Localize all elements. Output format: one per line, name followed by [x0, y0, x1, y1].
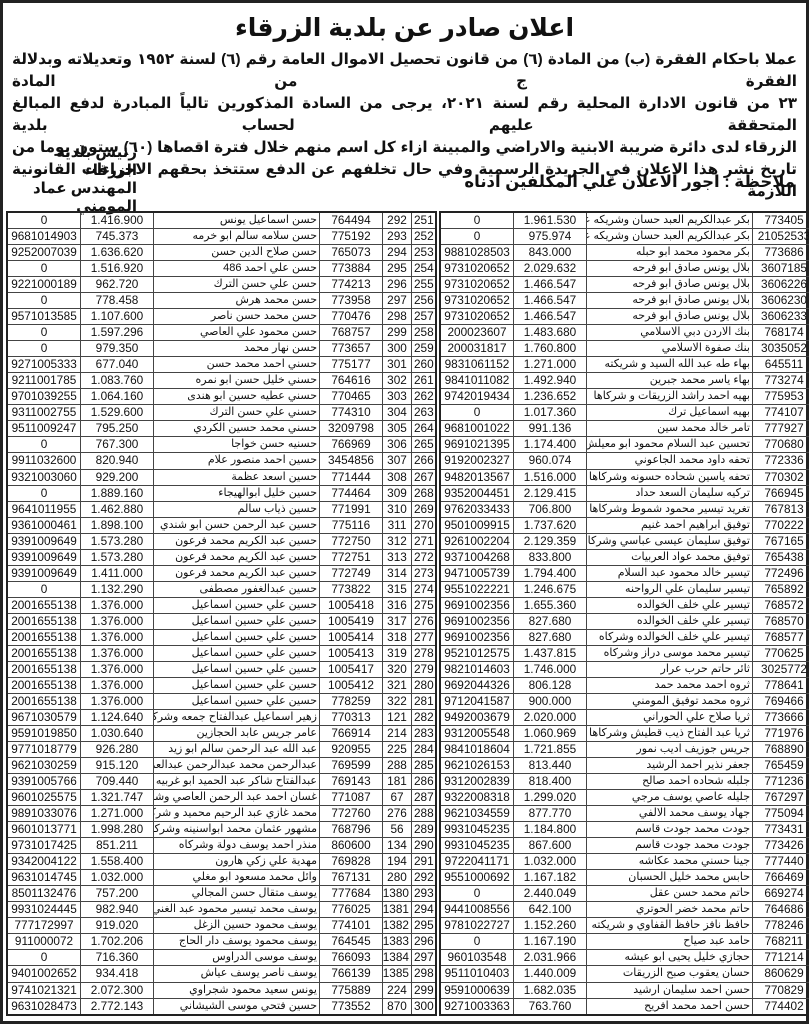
account-number-cell: 9322008318 — [440, 790, 514, 806]
table-row: 292280767131وائل محمد مسعود ابو مغلي1.03… — [7, 870, 436, 886]
amount-due-cell: 1.152.260 — [514, 918, 587, 934]
table-row: 213230774107بهيه اسماعيل ترك1.017.3600 — [440, 405, 809, 421]
reference-number-cell: 311 — [383, 517, 412, 533]
amount-due-cell: 677.040 — [81, 357, 154, 373]
reference-number-cell: 1380 — [383, 886, 412, 902]
taxpayer-name-cell: بهيه اسماعيل ترك — [587, 405, 753, 421]
property-id-cell: 766469 — [753, 870, 809, 886]
amount-due-cell: 795.250 — [81, 421, 154, 437]
table-row: 28956768796مشهور عثمان محمد ابواسنينه وش… — [7, 822, 436, 838]
reference-number-cell: 181 — [383, 774, 412, 790]
amount-due-cell: 2.129.359 — [514, 533, 587, 549]
table-row: 260301775177حسني احمد محمد حسن677.040927… — [7, 357, 436, 373]
taxpayer-name-cell: تغريد تيسير محمود شموط وشركاها — [587, 501, 753, 517]
property-id-cell: 773426 — [753, 838, 809, 854]
reference-number-cell: 1385 — [383, 966, 412, 982]
table-row: 2941381776025يوسف محمد تيسير محمود عبد ا… — [7, 902, 436, 918]
reference-number-cell: 299 — [383, 325, 412, 341]
table-row: 2931380777684يوسف متقال حسن المجالي757.2… — [7, 886, 436, 902]
taxpayer-name-cell: حابس محمد خليل الحسبان — [587, 870, 753, 886]
serial-number-cell: 251 — [412, 212, 437, 229]
amount-due-cell: 2.072.300 — [81, 982, 154, 998]
reference-number-cell: 276 — [383, 806, 412, 822]
taxpayer-name-cell: حسين احمد منصور علام — [154, 453, 320, 469]
taxpayer-tables: 251292764494حسن اسماعيل يونس1.416.900025… — [6, 211, 803, 1016]
table-row: 257298770476حسن محمد حسن ناصر1.107.60095… — [7, 309, 436, 325]
taxpayer-name-cell: تيسير خالد محمود عبد السلام — [587, 565, 753, 581]
reference-number-cell: 301 — [383, 357, 412, 373]
property-id-cell: 3606230 — [753, 293, 809, 309]
taxpayer-name-cell: يوسف ناصر يوسف عياش — [154, 966, 320, 982]
amount-due-cell: 1.017.360 — [514, 405, 587, 421]
serial-number-cell: 284 — [412, 742, 437, 758]
property-id-cell: 3606226 — [753, 277, 809, 293]
taxpayer-name-cell: عبد الله عبد الرحمن سالم ابو زيد — [154, 742, 320, 758]
serial-number-cell: 266 — [412, 453, 437, 469]
serial-number-cell: 288 — [412, 806, 437, 822]
taxpayer-name-cell: تيسير محمد موسى دراز وشركاه — [587, 645, 753, 661]
amount-due-cell: 2.029.632 — [514, 261, 587, 277]
property-id-cell: 765438 — [753, 549, 809, 565]
reference-number-cell: 305 — [383, 421, 412, 437]
table-row: 2292463025772ثائر حاتم حرب عرار1.746.000… — [440, 661, 809, 677]
table-row: 242282766469حابس محمد خليل الحسبان1.167.… — [440, 870, 809, 886]
taxpayer-name-cell: يوسف محمد تيسير محمود عبد الغني — [154, 902, 320, 918]
account-number-cell: 0 — [7, 485, 81, 501]
serial-number-cell: 300 — [412, 998, 437, 1015]
taxpayer-name-cell: بكر عبدالكريم العبد حسان وشريكه عز — [587, 229, 753, 245]
amount-due-cell: 1.746.000 — [514, 661, 587, 677]
amount-due-cell: 2.020.000 — [514, 709, 587, 725]
reference-number-cell: 67 — [383, 790, 412, 806]
table-row: 236254771236جلبله شحاده احمد صالح818.400… — [440, 774, 809, 790]
table-row: 228245770625تيسير محمد موسى دراز وشركاه1… — [440, 645, 809, 661]
account-number-cell: 9722041171 — [440, 854, 514, 870]
serial-number-cell: 282 — [412, 709, 437, 725]
amount-due-cell: 1.064.160 — [81, 389, 154, 405]
taxpayer-name-cell: يونس سعيد محمود شجراوي — [154, 982, 320, 998]
amount-due-cell: 1.107.600 — [81, 309, 154, 325]
taxpayer-name-cell: بنك صفوة الاسلامي — [587, 341, 753, 357]
serial-number-cell: 252 — [412, 229, 437, 245]
account-number-cell: 200023607 — [440, 325, 514, 341]
amount-due-cell: 1.271.000 — [81, 806, 154, 822]
serial-number-cell: 292 — [412, 870, 437, 886]
amount-due-cell: 1.466.547 — [514, 293, 587, 309]
reference-number-cell: 303 — [383, 389, 412, 405]
account-number-cell: 9771018779 — [7, 742, 81, 758]
property-id-cell: 770476 — [320, 309, 383, 325]
property-id-cell: 1005413 — [320, 645, 383, 661]
taxpayer-name-cell: جلبله شحاده احمد صالح — [587, 774, 753, 790]
property-id-cell: 1005412 — [320, 677, 383, 693]
table-row: 2803211005412حسين علي حسين اسماعيل1.376.… — [7, 677, 436, 693]
table-row: 222239765438توفيق محمد عواد العربيات833.… — [440, 549, 809, 565]
table-row: 226244768570تيسير علي خلف الخوالده827.68… — [440, 613, 809, 629]
property-id-cell: 3607185 — [753, 261, 809, 277]
account-number-cell: 9312005548 — [440, 726, 514, 742]
right-taxpayer-table: 201215773405بكر عبدالكريم العبد حسان وشر… — [439, 211, 809, 1016]
taxpayer-name-cell: جليله عاصي يوسف مرجي — [587, 790, 753, 806]
account-number-cell: 0 — [7, 341, 81, 357]
taxpayer-name-cell: حسن محمود علي العاصي — [154, 325, 320, 341]
account-number-cell: 9312002839 — [440, 774, 514, 790]
account-number-cell: 200031817 — [440, 341, 514, 357]
property-id-cell: 860600 — [320, 838, 383, 854]
taxpayer-name-cell: ثريا عبد الفتاح ذيب قطيش وشركاها — [587, 726, 753, 742]
taxpayer-name-cell: حسين فتحي موسى الشيشاني — [154, 998, 320, 1015]
table-row: 281322778259حسين علي حسين اسماعيل1.376.0… — [7, 693, 436, 709]
amount-due-cell: 1.597.296 — [81, 325, 154, 341]
taxpayer-name-cell: بلال يونس صادق ابو فرحه — [587, 261, 753, 277]
reference-number-cell: 322 — [383, 693, 412, 709]
amount-due-cell: 915.120 — [81, 758, 154, 774]
account-number-cell: 9501009915 — [440, 517, 514, 533]
taxpayer-name-cell: بلال يونس صادق ابو فرحه — [587, 277, 753, 293]
amount-due-cell: 926.280 — [81, 742, 154, 758]
amount-due-cell: 745.373 — [81, 229, 154, 245]
account-number-cell: 9271003363 — [440, 998, 514, 1015]
property-id-cell: 777440 — [753, 854, 809, 870]
reference-number-cell: 297 — [383, 293, 412, 309]
property-id-cell: 771991 — [320, 501, 383, 517]
account-number-cell: 9731020652 — [440, 277, 514, 293]
account-number-cell: 9931045235 — [440, 838, 514, 854]
account-number-cell: 9482013567 — [440, 469, 514, 485]
amount-due-cell: 1.516.920 — [81, 261, 154, 277]
table-row: 256297773958حسن محمد هرش778.4580 — [7, 293, 436, 309]
reference-number-cell: 321 — [383, 677, 412, 693]
reference-number-cell: 309 — [383, 485, 412, 501]
amount-due-cell: 827.680 — [514, 613, 587, 629]
table-row: 208223768174بنك الاردن دبي الاسلامي1.483… — [440, 325, 809, 341]
serial-number-cell: 283 — [412, 726, 437, 742]
property-id-cell: 768890 — [753, 742, 809, 758]
table-row: 2961383764545يوسف محمود يوسف دار الحاج1.… — [7, 934, 436, 950]
serial-number-cell: 254 — [412, 261, 437, 277]
account-number-cell: 9621030259 — [7, 758, 81, 774]
account-number-cell: 9841018604 — [440, 742, 514, 758]
taxpayer-name-cell: غسان احمد عبد الرحمن العاصي وشركاه — [154, 790, 320, 806]
property-id-cell: 768570 — [753, 613, 809, 629]
table-row: 2663073454856حسين احمد منصور علام820.940… — [7, 453, 436, 469]
taxpayer-name-cell: حسني محمد حسين الكردي — [154, 421, 320, 437]
amount-due-cell: 2.129.415 — [514, 485, 587, 501]
property-id-cell: 774213 — [320, 277, 383, 293]
serial-number-cell: 285 — [412, 758, 437, 774]
amount-due-cell: 2.772.143 — [81, 998, 154, 1015]
account-number-cell: 9762033433 — [440, 501, 514, 517]
serial-number-cell: 281 — [412, 693, 437, 709]
taxpayer-name-cell: حاتم محمد حسن عقل — [587, 886, 753, 902]
property-id-cell: 775953 — [753, 389, 809, 405]
amount-due-cell: 1.760.800 — [514, 341, 587, 357]
table-row: 2971384766093يوسف موسى الدراوس716.3600 — [7, 950, 436, 966]
table-row: 2643053209798حسني محمد حسين الكردي795.25… — [7, 421, 436, 437]
account-number-cell: 9391009649 — [7, 565, 81, 581]
property-id-cell: 770313 — [320, 709, 383, 725]
property-id-cell: 766945 — [753, 485, 809, 501]
serial-number-cell: 274 — [412, 581, 437, 597]
table-row: 218235766945تركيه سليمان السعد حداد2.129… — [440, 485, 809, 501]
account-number-cell: 9601013771 — [7, 822, 81, 838]
taxpayer-name-cell: حسن محمد حسن ناصر — [154, 309, 320, 325]
amount-due-cell: 1.636.620 — [81, 245, 154, 261]
taxpayer-name-cell: حافظ نافز حافظ القفاوي و شريكته — [587, 918, 753, 934]
announcement-title: اعلان صادر عن بلدية الزرقاء — [0, 13, 809, 43]
table-row: 2072213606233بلال يونس صادق ابو فرحه1.46… — [440, 309, 809, 325]
property-id-cell: 773552 — [320, 998, 383, 1015]
amount-due-cell: 706.800 — [514, 501, 587, 517]
property-id-cell: 766969 — [320, 437, 383, 453]
amount-due-cell: 1.411.000 — [81, 565, 154, 581]
taxpayer-name-cell: حسين عبد الكريم محمد فرعون — [154, 549, 320, 565]
taxpayer-name-cell: حسين علي حسين اسماعيل — [154, 661, 320, 677]
taxpayer-name-cell: حسان يعقوب صبح الزريقات — [587, 966, 753, 982]
account-number-cell: 0 — [7, 293, 81, 309]
reference-number-cell: 312 — [383, 533, 412, 549]
taxpayer-name-cell: حسن محمد هرش — [154, 293, 320, 309]
property-id-cell: 772749 — [320, 565, 383, 581]
property-id-cell: 773958 — [320, 293, 383, 309]
reference-number-cell: 315 — [383, 581, 412, 597]
account-number-cell: 9192002327 — [440, 453, 514, 469]
property-id-cell: 778246 — [753, 918, 809, 934]
serial-number-cell: 258 — [412, 325, 437, 341]
amount-due-cell: 1.299.020 — [514, 790, 587, 806]
amount-due-cell: 833.800 — [514, 549, 587, 565]
property-id-cell: 766139 — [320, 966, 383, 982]
amount-due-cell: 1.492.940 — [514, 373, 587, 389]
table-row: 245285778246حافظ نافز حافظ القفاوي و شري… — [440, 918, 809, 934]
taxpayer-name-cell: حسن صلاح الدين حسن — [154, 245, 320, 261]
serial-number-cell: 262 — [412, 389, 437, 405]
amount-due-cell: 982.940 — [81, 902, 154, 918]
account-number-cell: 9691002356 — [440, 629, 514, 645]
property-id-cell: 775094 — [753, 806, 809, 822]
account-number-cell: 9891033076 — [7, 806, 81, 822]
taxpayer-name-cell: حسن نهار محمد — [154, 341, 320, 357]
account-number-cell: 9641011955 — [7, 501, 81, 517]
reference-number-cell: 288 — [383, 758, 412, 774]
amount-due-cell: 1.271.000 — [514, 357, 587, 373]
taxpayer-name-cell: محمد غازي عبد الرحيم محميد و شركاه — [154, 806, 320, 822]
amount-due-cell: 1.167.190 — [514, 934, 587, 950]
taxpayer-name-cell: ثروه محمد توفيق المومني — [587, 693, 753, 709]
amount-due-cell: 1.184.800 — [514, 822, 587, 838]
table-row: 248289860629حسان يعقوب صبح الزريقات1.440… — [440, 966, 809, 982]
property-id-cell: 774402 — [753, 998, 809, 1015]
taxpayer-name-cell: حسين عبد الكريم محمد فرعون — [154, 565, 320, 581]
property-id-cell: 771214 — [753, 950, 809, 966]
account-number-cell: 9511010403 — [440, 966, 514, 982]
taxpayer-name-cell: حسين علي حسين اسماعيل — [154, 629, 320, 645]
amount-due-cell: 709.440 — [81, 774, 154, 790]
account-number-cell: 8501132476 — [7, 886, 81, 902]
taxpayer-name-cell: حسين ذياب سالم — [154, 501, 320, 517]
account-number-cell: 9681001022 — [440, 421, 514, 437]
table-row: 265306766969حسنيه حسن خواجا767.3000 — [7, 437, 436, 453]
account-number-cell: 9821014603 — [440, 661, 514, 677]
serial-number-cell: 256 — [412, 293, 437, 309]
amount-due-cell: 1.898.100 — [81, 517, 154, 533]
table-row: 230247778641ثروه احمد محمد حمد806.128969… — [440, 677, 809, 693]
taxpayer-name-cell: حسنيه حسن خواجا — [154, 437, 320, 453]
taxpayer-name-cell: حسني احمد محمد حسن — [154, 357, 320, 373]
table-row: 261302764616حسني خليل حسن ابو نمره1.083.… — [7, 373, 436, 389]
amount-due-cell: 820.940 — [81, 453, 154, 469]
amount-due-cell: 934.418 — [81, 966, 154, 982]
taxpayer-name-cell: حسني عطيه حسين ابو هندى — [154, 389, 320, 405]
taxpayer-name-cell: حسين عبد الرحمن حسن ابو شندي — [154, 517, 320, 533]
reference-number-cell: 306 — [383, 437, 412, 453]
account-number-cell: 9391005766 — [7, 774, 81, 790]
taxpayer-name-cell: يوسف محمود حسين الزغل — [154, 918, 320, 934]
table-row: 2092263035052بنك صفوة الاسلامي1.760.8002… — [440, 341, 809, 357]
table-row: 269310771991حسين ذياب سالم1.462.88096410… — [7, 501, 436, 517]
property-id-cell: 770302 — [753, 469, 809, 485]
serial-number-cell: 278 — [412, 645, 437, 661]
table-row: 246286768211حامد عبد صياح1.167.1900 — [440, 934, 809, 950]
amount-due-cell: 1.246.675 — [514, 581, 587, 597]
reference-number-cell: 317 — [383, 613, 412, 629]
taxpayer-name-cell: بنك الاردن دبي الاسلامي — [587, 325, 753, 341]
account-number-cell: 9391009649 — [7, 549, 81, 565]
serial-number-cell: 272 — [412, 549, 437, 565]
table-row: 241281777440جينا حسني محمد عكاشه1.032.00… — [440, 854, 809, 870]
taxpayer-name-cell: تامر خالد محمد سين — [587, 421, 753, 437]
table-row: 300870773552حسين فتحي موسى الشيشاني2.772… — [7, 998, 436, 1015]
amount-due-cell: 1.132.290 — [81, 581, 154, 597]
serial-number-cell: 261 — [412, 373, 437, 389]
amount-due-cell: 962.720 — [81, 277, 154, 293]
reference-number-cell: 318 — [383, 629, 412, 645]
property-id-cell: 774101 — [320, 918, 383, 934]
table-row: 255296774213حسن علي حسن الترك962.7209221… — [7, 277, 436, 293]
serial-number-cell: 277 — [412, 629, 437, 645]
property-id-cell: 772751 — [320, 549, 383, 565]
property-id-cell: 769828 — [320, 854, 383, 870]
table-row: 288276772760محمد غازي عبد الرحيم محميد و… — [7, 806, 436, 822]
account-number-cell: 9742019434 — [440, 389, 514, 405]
amount-due-cell: 1.573.280 — [81, 533, 154, 549]
amount-due-cell: 642.100 — [514, 902, 587, 918]
property-id-cell: 775192 — [320, 229, 383, 245]
serial-number-cell: 255 — [412, 277, 437, 293]
table-row: 235253765459جعفر نذير احمد الرشيد813.440… — [440, 758, 809, 774]
property-id-cell: 3025772 — [753, 661, 809, 677]
account-number-cell: 2001655138 — [7, 645, 81, 661]
table-row: 267308771444حسين اسعد عظمة929.2009321003… — [7, 469, 436, 485]
table-row: 252293775192حسن سلامه سالم ابو خرمه745.3… — [7, 229, 436, 245]
table-row: 273314772749حسين عبد الكريم محمد فرعون1.… — [7, 565, 436, 581]
table-row: 282121770313زهير اسماعيل عبدالفتاح جمعه … — [7, 709, 436, 725]
taxpayer-name-cell: حسين عبدالغفور مصطفى — [154, 581, 320, 597]
reference-number-cell: 1382 — [383, 918, 412, 934]
amount-due-cell: 1.060.969 — [514, 726, 587, 742]
reference-number-cell: 214 — [383, 726, 412, 742]
table-row: 233250771976ثريا عبد الفتاح ذيب قطيش وشر… — [440, 726, 809, 742]
taxpayer-name-cell: حسين خليل ابوالهيجاء — [154, 485, 320, 501]
table-row: 2951382774101يوسف محمود حسين الزغل919.02… — [7, 918, 436, 934]
amount-due-cell: 1.516.000 — [514, 469, 587, 485]
account-number-cell: 9931024445 — [7, 902, 81, 918]
taxpayer-name-cell: تحفه داود محمد الجاعوني — [587, 453, 753, 469]
taxpayer-name-cell: بهاء ياسر محمد جبرين — [587, 373, 753, 389]
table-row: 216233772336تحفه داود محمد الجاعوني960.0… — [440, 453, 809, 469]
table-row: 259300773657حسن نهار محمد979.3500 — [7, 341, 436, 357]
table-row: 2763171005419حسين علي حسين اسماعيل1.376.… — [7, 613, 436, 629]
serial-number-cell: 287 — [412, 790, 437, 806]
table-row: 220237770222توفيق ابراهيم احمد غنيم1.737… — [440, 517, 809, 533]
amount-due-cell: 813.440 — [514, 758, 587, 774]
reference-number-cell: 295 — [383, 261, 412, 277]
amount-due-cell: 1.998.280 — [81, 822, 154, 838]
account-number-cell: 2001655138 — [7, 661, 81, 677]
table-row: 234252768890جريس جوزيف اديب نمور1.721.85… — [440, 742, 809, 758]
property-id-cell: 920955 — [320, 742, 383, 758]
property-id-cell: 771087 — [320, 790, 383, 806]
property-id-cell: 768757 — [320, 325, 383, 341]
taxpayer-name-cell: حسن احمد سليمان ارشيد — [587, 982, 753, 998]
serial-number-cell: 253 — [412, 245, 437, 261]
reference-number-cell: 302 — [383, 373, 412, 389]
amount-due-cell: 1.030.640 — [81, 726, 154, 742]
reference-number-cell: 225 — [383, 742, 412, 758]
property-id-cell: 765892 — [753, 581, 809, 597]
table-row: 290134860600منذر احمد يوسف دولة وشركاه85… — [7, 838, 436, 854]
reference-number-cell: 1381 — [383, 902, 412, 918]
account-number-cell: 9621034559 — [440, 806, 514, 822]
property-id-cell: 776025 — [320, 902, 383, 918]
serial-number-cell: 265 — [412, 437, 437, 453]
body-line: ٢٣ من قانون الادارة المحلية رقم لسنة ٢٠٢… — [12, 93, 797, 137]
taxpayer-name-cell: حجازي خليل يحيى ابو عيشه — [587, 950, 753, 966]
account-number-cell: 960103548 — [440, 950, 514, 966]
account-number-cell: 0 — [7, 437, 81, 453]
taxpayer-name-cell: عامر جريس عابد الحجازين — [154, 726, 320, 742]
serial-number-cell: 289 — [412, 822, 437, 838]
amount-due-cell: 1.376.000 — [81, 629, 154, 645]
property-id-cell: 768211 — [753, 934, 809, 950]
taxpayer-name-cell: ثائر حاتم حرب عرار — [587, 661, 753, 677]
property-id-cell: 766914 — [320, 726, 383, 742]
taxpayer-name-cell: حسني خليل حسن ابو نمره — [154, 373, 320, 389]
account-number-cell: 9311002755 — [7, 405, 81, 421]
property-id-cell: 764494 — [320, 212, 383, 229]
table-row: 250291774402حسن احمد محمد افريح763.76092… — [440, 998, 809, 1015]
account-number-cell: 9911032600 — [7, 453, 81, 469]
reference-number-cell: 314 — [383, 565, 412, 581]
table-row: 224241765892تيسير سليمان علي الرواحنه1.2… — [440, 581, 809, 597]
account-number-cell: 9571013585 — [7, 309, 81, 325]
account-number-cell: 9781022727 — [440, 918, 514, 934]
property-id-cell: 772496 — [753, 565, 809, 581]
taxpayer-name-cell: تيسير سليمان علي الرواحنه — [587, 581, 753, 597]
taxpayer-name-cell: جودت محمد جودت قاسم — [587, 822, 753, 838]
amount-due-cell: 2.031.966 — [514, 950, 587, 966]
taxpayer-name-cell: مهدية علي زكي هارون — [154, 854, 320, 870]
taxpayer-name-cell: تحسين عبد السلام محمود ابو معيلش وشركاه — [587, 437, 753, 453]
taxpayer-name-cell: حامد عبد صياح — [587, 934, 753, 950]
table-row: 272313772751حسين عبد الكريم محمد فرعون1.… — [7, 549, 436, 565]
table-row: 210227645511بهاء طه عبد الله السيد و شري… — [440, 357, 809, 373]
table-row: 227242768577تيسير علي خلف الخوالده وشركا… — [440, 629, 809, 645]
taxpayer-name-cell: حسين علي حسين اسماعيل — [154, 677, 320, 693]
account-number-cell: 9631028473 — [7, 998, 81, 1015]
account-number-cell: 9252007039 — [7, 245, 81, 261]
reference-number-cell: 56 — [383, 822, 412, 838]
